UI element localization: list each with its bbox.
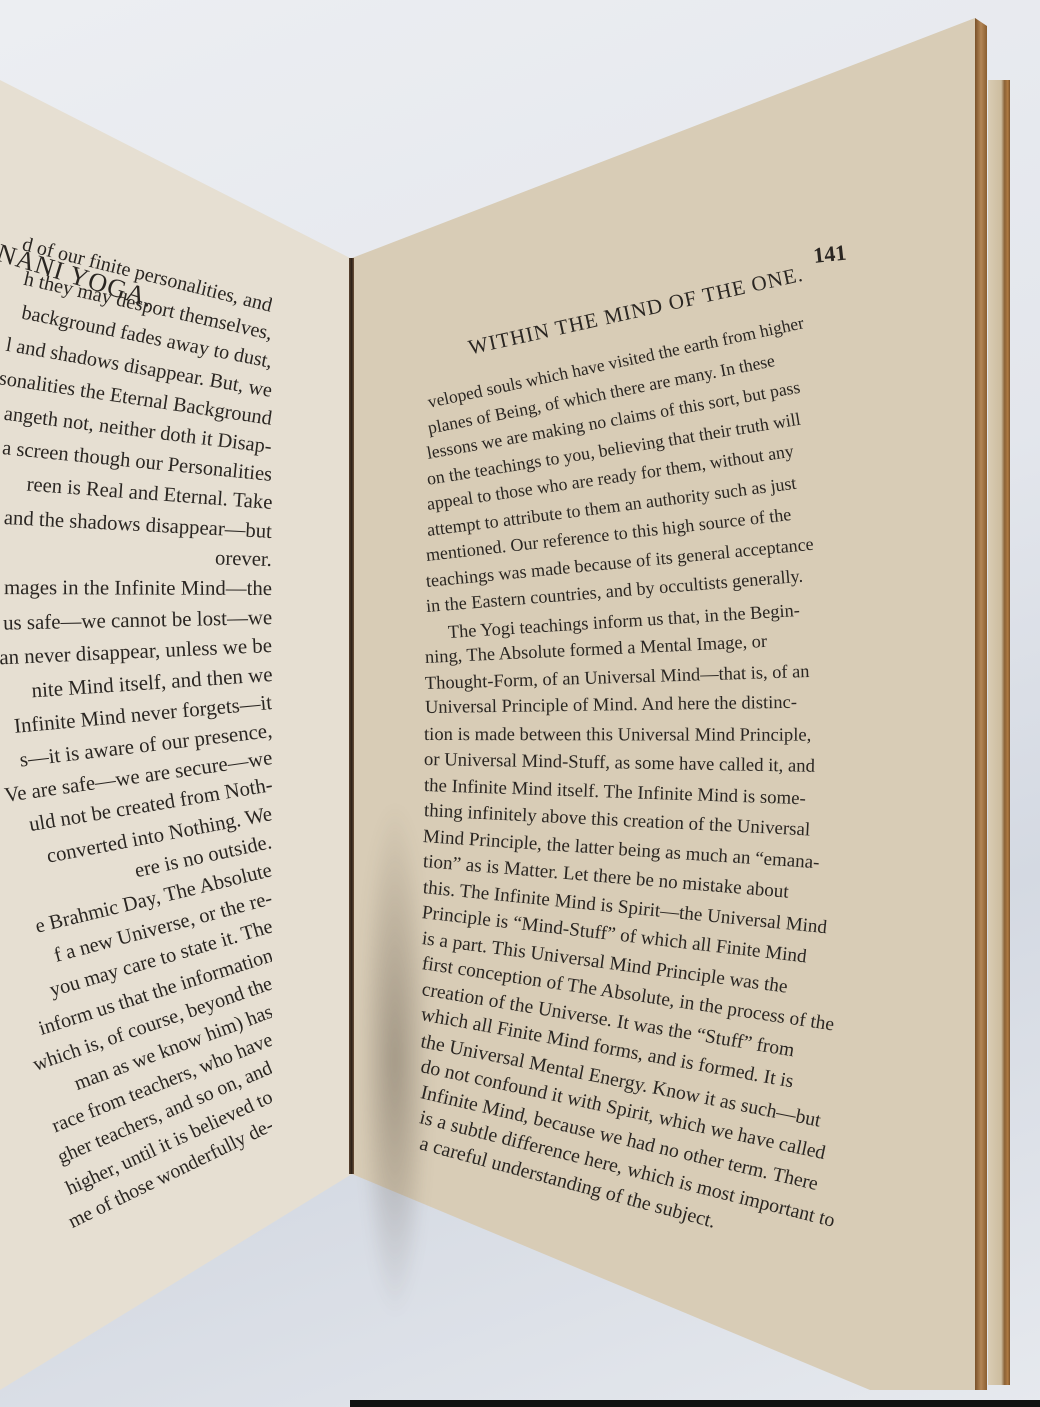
right-page-text: WITHIN THE MIND OF THE ONE. 141 veloped …: [0, 0, 1040, 1407]
right-text-line: tion is made between this Universal Mind…: [424, 724, 811, 747]
right-text-line: or Universal Mind-Stuff, as some have ca…: [424, 749, 815, 778]
page-number: 141: [812, 240, 848, 269]
right-running-header: WITHIN THE MIND OF THE ONE.: [466, 262, 806, 361]
right-text-line: Thought-Form, of an Universal Mind—that …: [425, 661, 810, 694]
right-text-line: Universal Principle of Mind. And here th…: [425, 693, 797, 719]
